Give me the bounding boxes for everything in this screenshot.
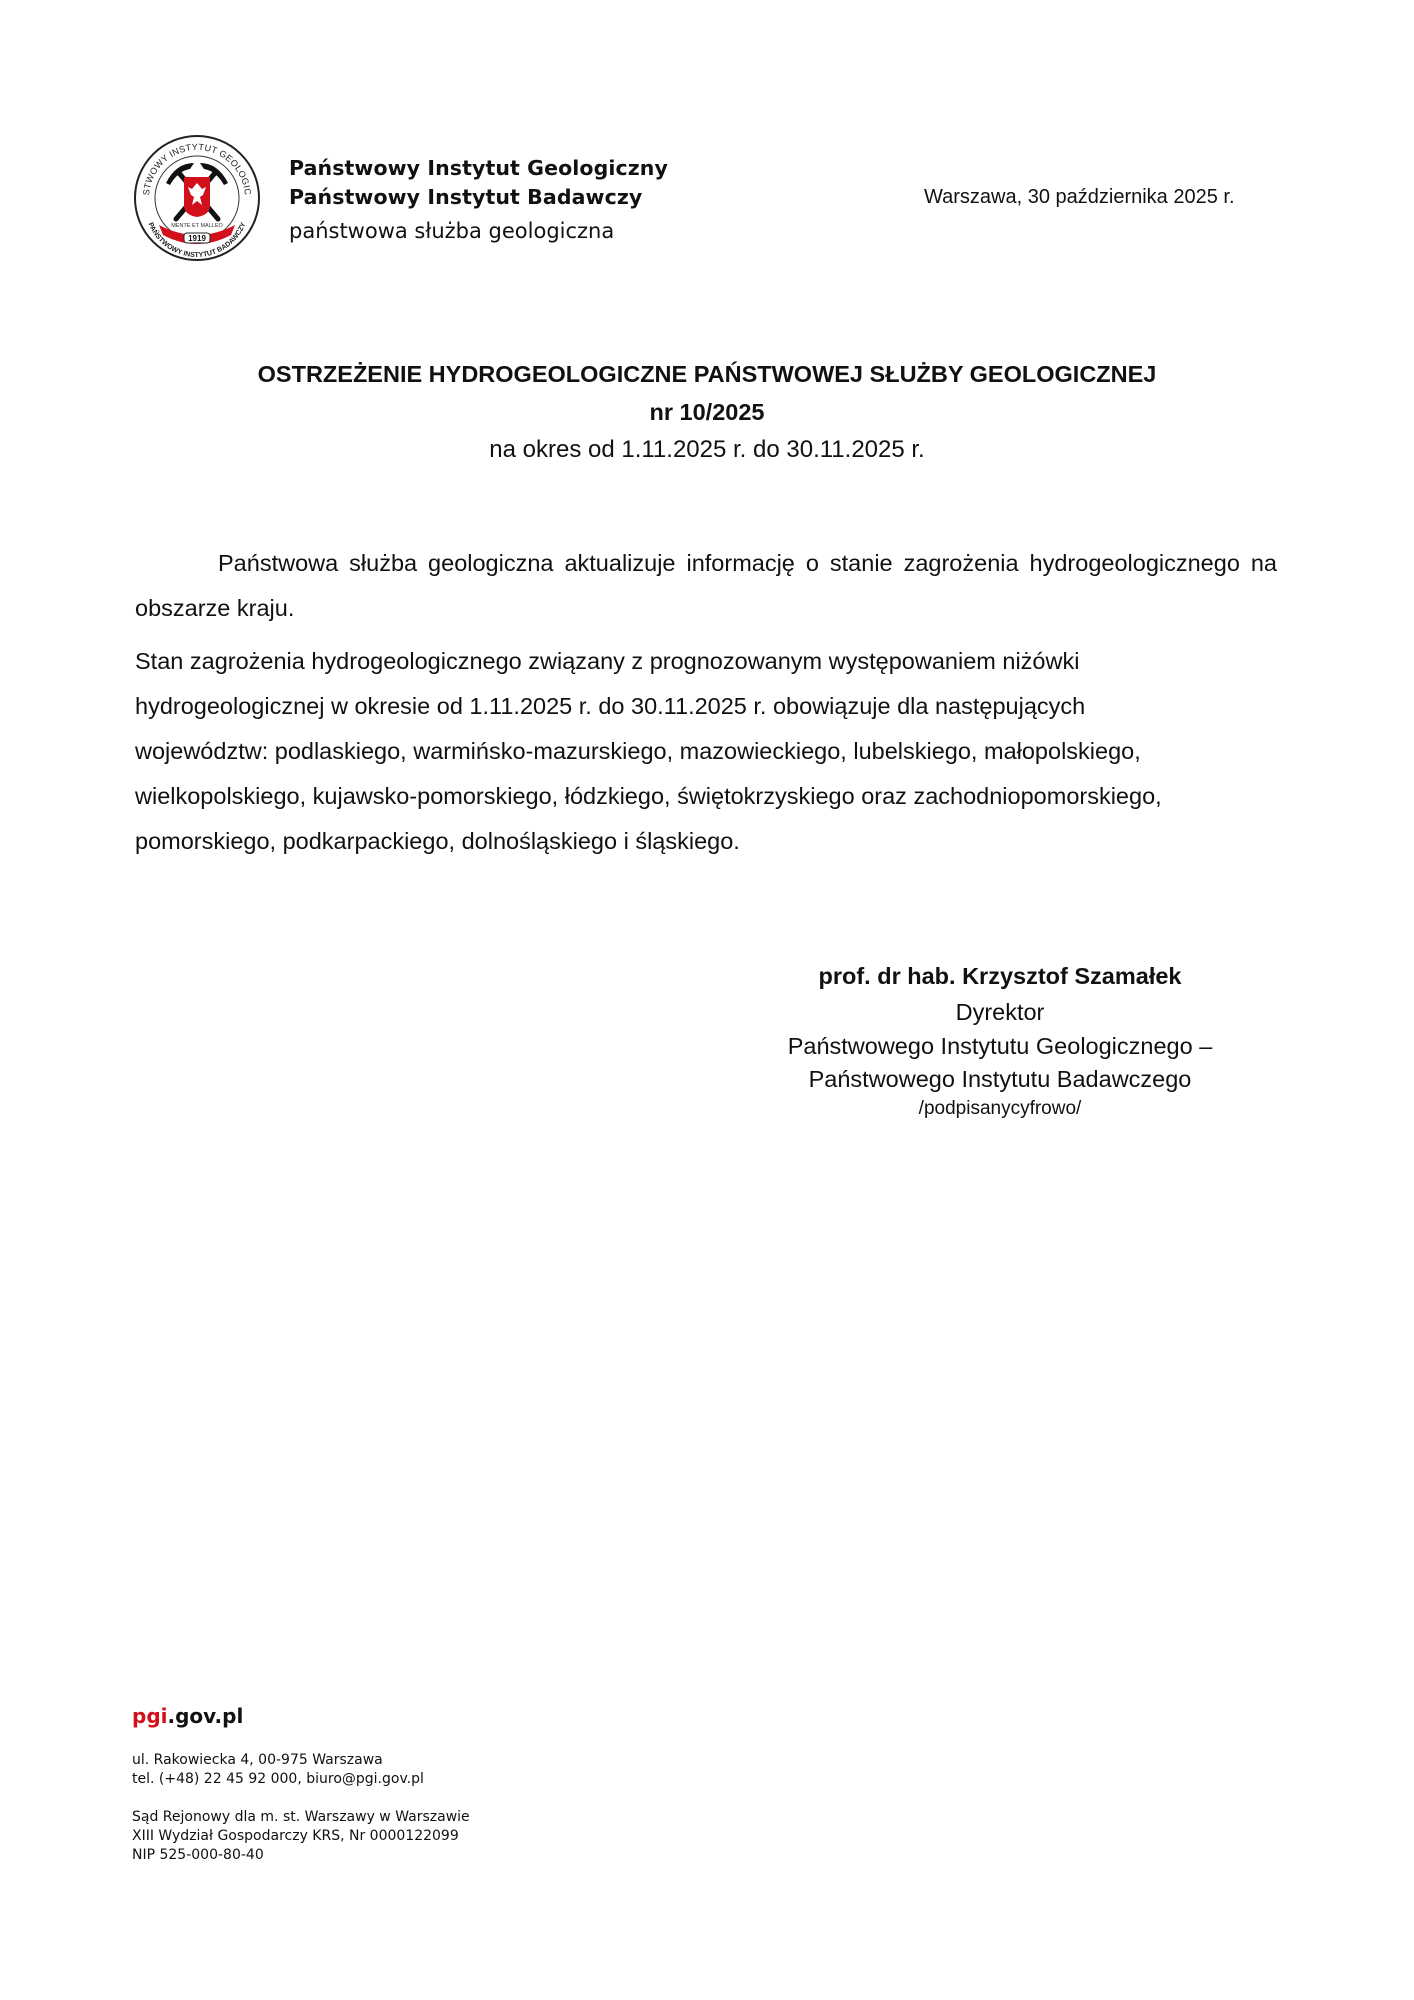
paragraph-line: województw: podlaskiego, warmińsko-mazur… bbox=[135, 729, 1277, 774]
document-number: nr 10/2025 bbox=[0, 393, 1414, 431]
document-title-block: OSTRZEŻENIE HYDROGEOLOGICZNE PAŃSTWOWEJ … bbox=[0, 355, 1414, 469]
footer: pgi.gov.pl ul. Rakowiecka 4, 00-975 Wars… bbox=[132, 1703, 470, 1865]
address: ul. Rakowiecka 4, 00-975 Warszawa bbox=[132, 1751, 470, 1770]
paragraph-line: Stan zagrożenia hydrogeologicznego związ… bbox=[135, 639, 1277, 684]
pgi-logo: PAŃSTWOWY INSTYTUT GEOLOGICZNY PAŃSTWOWY… bbox=[132, 133, 262, 263]
paragraph-line: wielkopolskiego, kujawsko-pomorskiego, ł… bbox=[135, 774, 1277, 819]
paragraph-line: pomorskiego, podkarpackiego, dolnośląski… bbox=[135, 819, 1277, 864]
paragraph-warning: Stan zagrożenia hydrogeologicznego związ… bbox=[135, 639, 1277, 864]
website-rest-part: .gov.pl bbox=[168, 1704, 244, 1728]
svg-text:MENTE ET MALLEO: MENTE ET MALLEO bbox=[171, 223, 223, 229]
svg-text:1919: 1919 bbox=[188, 234, 206, 243]
org-name-line2: Państwowy Instytut Badawczy bbox=[289, 183, 668, 212]
signatory-org-line1: Państwowego Instytutu Geologicznego – bbox=[740, 1030, 1260, 1063]
paragraph-intro: Państwowa służba geologiczna aktualizuje… bbox=[135, 541, 1277, 631]
paragraph-line: hydrogeologicznej w okresie od 1.11.2025… bbox=[135, 684, 1277, 729]
pgi-emblem-icon: PAŃSTWOWY INSTYTUT GEOLOGICZNY PAŃSTWOWY… bbox=[132, 133, 262, 263]
contact-info: ul. Rakowiecka 4, 00-975 Warszawa tel. (… bbox=[132, 1751, 470, 1789]
document-body: Państwowa służba geologiczna aktualizuje… bbox=[135, 541, 1277, 864]
document-title: OSTRZEŻENIE HYDROGEOLOGICZNE PAŃSTWOWEJ … bbox=[0, 355, 1414, 393]
phone-email: tel. (+48) 22 45 92 000, biuro@pgi.gov.p… bbox=[132, 1770, 470, 1789]
place-date: Warszawa, 30 października 2025 r. bbox=[924, 186, 1235, 209]
krs-number: XIII Wydział Gospodarczy KRS, Nr 0000122… bbox=[132, 1827, 470, 1846]
website-red-part: pgi bbox=[132, 1704, 168, 1728]
signatory-name: prof. dr hab. Krzysztof Szamałek bbox=[740, 958, 1260, 994]
website-link[interactable]: pgi.gov.pl bbox=[132, 1703, 470, 1729]
signatory-role: Dyrektor bbox=[740, 994, 1260, 1030]
digital-signature-note: /podpisanycyfrowo/ bbox=[740, 1096, 1260, 1122]
document-period: na okres od 1.11.2025 r. do 30.11.2025 r… bbox=[0, 431, 1414, 469]
nip-number: NIP 525-000-80-40 bbox=[132, 1846, 470, 1865]
signature-block: prof. dr hab. Krzysztof Szamałek Dyrekto… bbox=[740, 958, 1260, 1122]
org-name-line1: Państwowy Instytut Geologiczny bbox=[289, 154, 668, 183]
court-registry: Sąd Rejonowy dla m. st. Warszawy w Warsz… bbox=[132, 1808, 470, 1827]
signatory-org-line2: Państwowego Instytutu Badawczego bbox=[740, 1063, 1260, 1096]
organization-name: Państwowy Instytut Geologiczny Państwowy… bbox=[289, 154, 668, 248]
legal-info: Sąd Rejonowy dla m. st. Warszawy w Warsz… bbox=[132, 1808, 470, 1865]
org-name-line3: państwowa służba geologiczna bbox=[289, 214, 668, 248]
